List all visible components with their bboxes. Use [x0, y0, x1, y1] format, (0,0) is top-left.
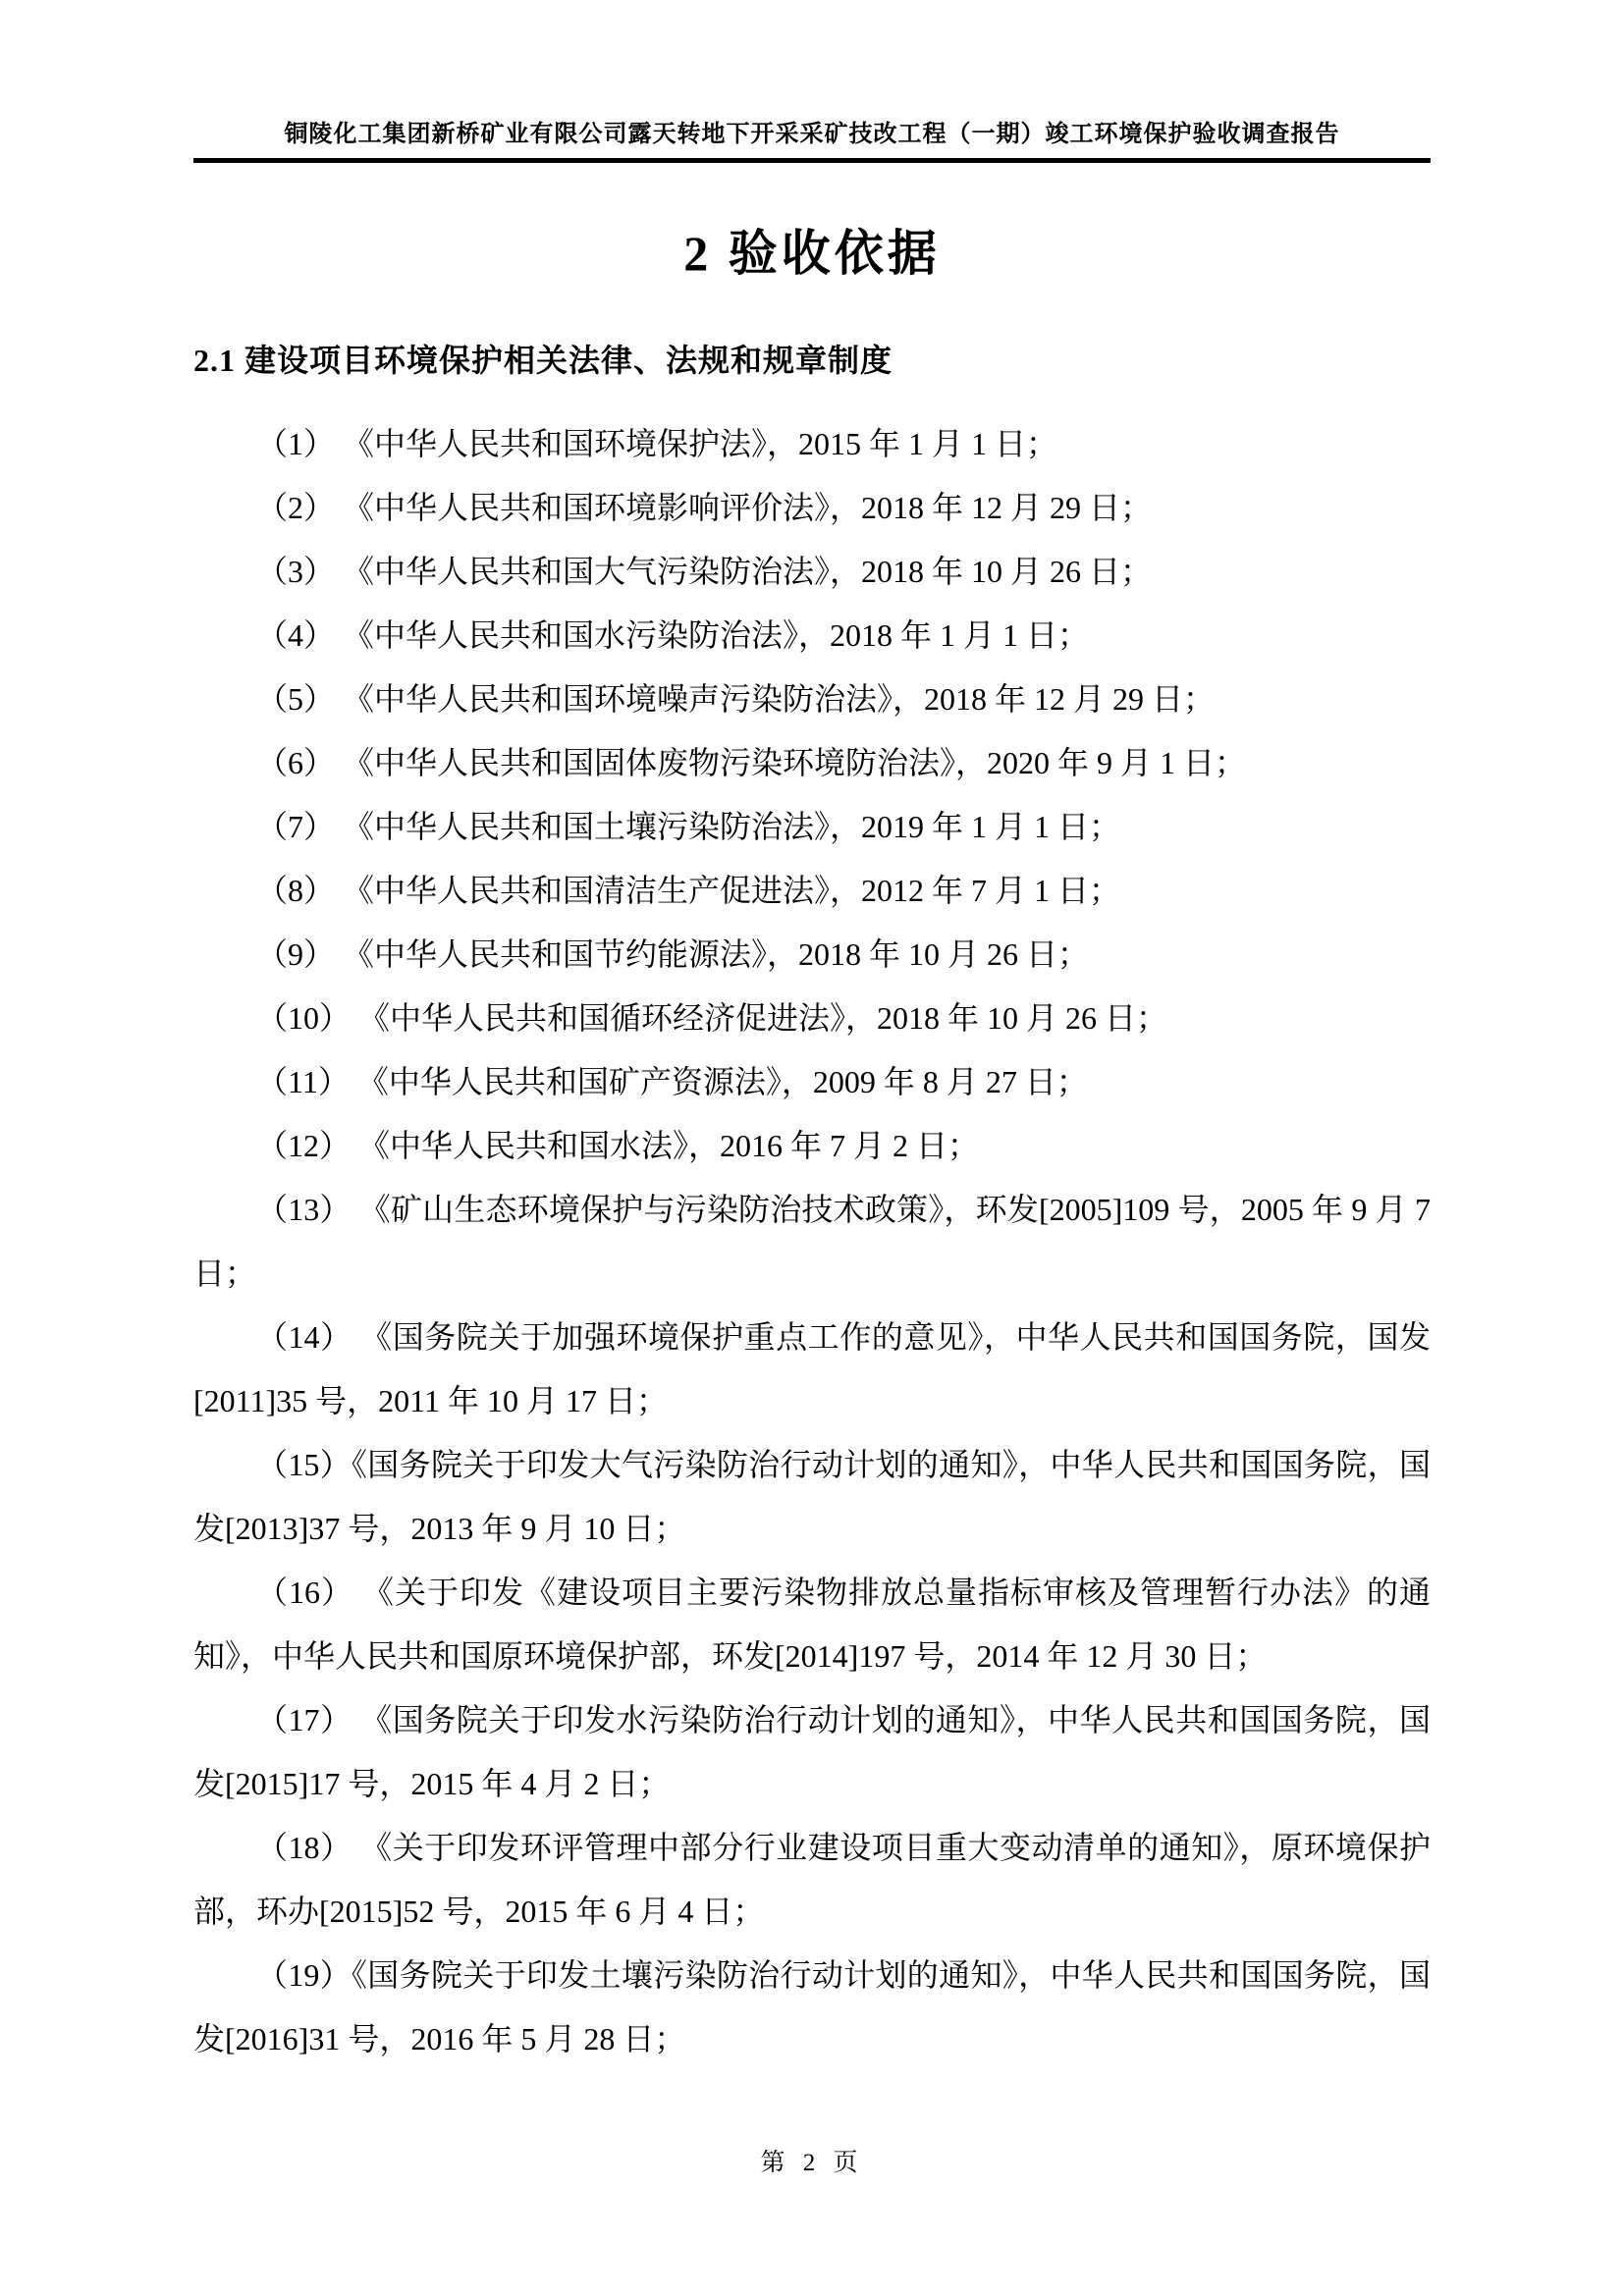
list-item: （14） 《国务院关于加强环境保护重点工作的意见》，中华人民共和国国务院，国发[…	[193, 1306, 1431, 1433]
list-item: （5） 《中华人民共和国环境噪声污染防治法》，2018 年 12 月 29 日；	[193, 667, 1431, 731]
list-item: （10） 《中华人民共和国循环经济促进法》，2018 年 10 月 26 日；	[193, 987, 1431, 1050]
page-content: 铜陵化工集团新桥矿业有限公司露天转地下开采采矿技改工程（一期）竣工环境保护验收调…	[193, 0, 1431, 2071]
list-item: （8） 《中华人民共和国清洁生产促进法》，2012 年 7 月 1 日；	[193, 859, 1431, 923]
section-heading: 2.1 建设项目环境保护相关法律、法规和规章制度	[193, 336, 1431, 381]
list-item: （12） 《中华人民共和国水法》，2016 年 7 月 2 日；	[193, 1114, 1431, 1178]
list-item: （7） 《中华人民共和国土壤污染防治法》，2019 年 1 月 1 日；	[193, 795, 1431, 859]
chapter-title: 2 验收依据	[193, 214, 1431, 285]
list-item: （6） 《中华人民共和国固体废物污染环境防治法》，2020 年 9 月 1 日；	[193, 731, 1431, 795]
list-item: （4） 《中华人民共和国水污染防治法》，2018 年 1 月 1 日；	[193, 604, 1431, 667]
list-item: （19）《国务院关于印发土壤污染防治行动计划的通知》，中华人民共和国国务院，国发…	[193, 1944, 1431, 2071]
list-item: （11） 《中华人民共和国矿产资源法》，2009 年 8 月 27 日；	[193, 1050, 1431, 1114]
list-item: （9） 《中华人民共和国节约能源法》，2018 年 10 月 26 日；	[193, 923, 1431, 987]
list-item: （3） 《中华人民共和国大气污染防治法》，2018 年 10 月 26 日；	[193, 540, 1431, 604]
list-item: （18） 《关于印发环评管理中部分行业建设项目重大变动清单的通知》，原环境保护部…	[193, 1816, 1431, 1944]
law-reference-list: （1） 《中华人民共和国环境保护法》，2015 年 1 月 1 日； （2） 《…	[193, 412, 1431, 2071]
list-item: （16） 《关于印发《建设项目主要污染物排放总量指标审核及管理暂行办法》的通知》…	[193, 1561, 1431, 1688]
list-item: （1） 《中华人民共和国环境保护法》，2015 年 1 月 1 日；	[193, 412, 1431, 476]
running-header: 铜陵化工集团新桥矿业有限公司露天转地下开采采矿技改工程（一期）竣工环境保护验收调…	[193, 114, 1431, 148]
page-number: 第 2 页	[0, 2143, 1624, 2178]
report-page: 铜陵化工集团新桥矿业有限公司露天转地下开采采矿技改工程（一期）竣工环境保护验收调…	[0, 0, 1624, 2296]
list-item: （15）《国务院关于印发大气污染防治行动计划的通知》，中华人民共和国国务院，国发…	[193, 1433, 1431, 1561]
list-item: （2） 《中华人民共和国环境影响评价法》，2018 年 12 月 29 日；	[193, 476, 1431, 540]
list-item: （17） 《国务院关于印发水污染防治行动计划的通知》，中华人民共和国国务院，国发…	[193, 1688, 1431, 1816]
header-divider	[193, 158, 1431, 163]
list-item: （13） 《矿山生态环境保护与污染防治技术政策》，环发[2005]109 号，2…	[193, 1178, 1431, 1306]
